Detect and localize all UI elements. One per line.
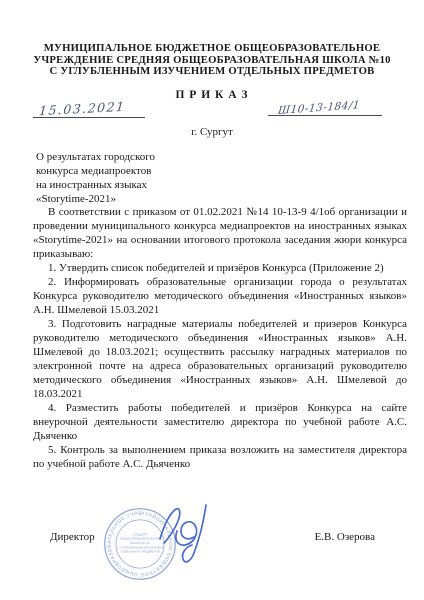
signer-role: Директор (50, 531, 95, 543)
organization-header-line: МУНИЦИПАЛЬНОЕ БЮДЖЕТНОЕ ОБЩЕОБРАЗОВАТЕЛЬ… (20, 43, 404, 55)
order-number-field: Ш10-13-184/1 (268, 98, 382, 116)
signer-name: Е.В. Озерова (315, 531, 375, 543)
organization-header: МУНИЦИПАЛЬНОЕ БЮДЖЕТНОЕ ОБЩЕОБРАЗОВАТЕЛЬ… (20, 43, 404, 78)
stamp-center-line: СРЕДНЯЯ (132, 532, 147, 536)
handwritten-order-number: Ш10-13-184/1 (277, 99, 360, 117)
order-item: 4. Разместить работы победителей и призё… (33, 401, 407, 443)
order-body: В соответствии с приказом от 01.02.2021 … (33, 205, 407, 471)
organization-header-line: С УГЛУБЛЕННЫМ ИЗУЧЕНИЕМ ОТДЕЛЬНЫХ ПРЕДМЕ… (20, 66, 404, 78)
order-item: 2. Информировать образовательные организ… (33, 275, 407, 317)
order-item: 3. Подготовить наградные материалы побед… (33, 317, 407, 401)
date-field: 15.03.2021 (33, 100, 145, 118)
subject-line: «Storytime-2021» (36, 192, 256, 206)
stamp-center-line: ШКОЛА № 10 (130, 541, 150, 545)
order-item: 5. Контроль за выполнением приказа возло… (33, 443, 407, 471)
director-signature (150, 491, 236, 573)
subject-line: конкурса медиапроектов (36, 164, 256, 178)
city-line: г. Сургут (0, 126, 424, 138)
subject-line: О результатах городского (36, 150, 256, 164)
document-page: МУНИЦИПАЛЬНОЕ БЮДЖЕТНОЕ ОБЩЕОБРАЗОВАТЕЛЬ… (0, 0, 424, 600)
subject-block: О результатах городского конкурса медиап… (36, 150, 256, 206)
intro-paragraph: В соответствии с приказом от 01.02.2021 … (33, 205, 407, 261)
handwritten-date: 15.03.2021 (38, 99, 126, 119)
subject-line: на иностранных языках (36, 178, 256, 192)
order-item: 1. Утвердить список победителей и призёр… (33, 261, 407, 275)
